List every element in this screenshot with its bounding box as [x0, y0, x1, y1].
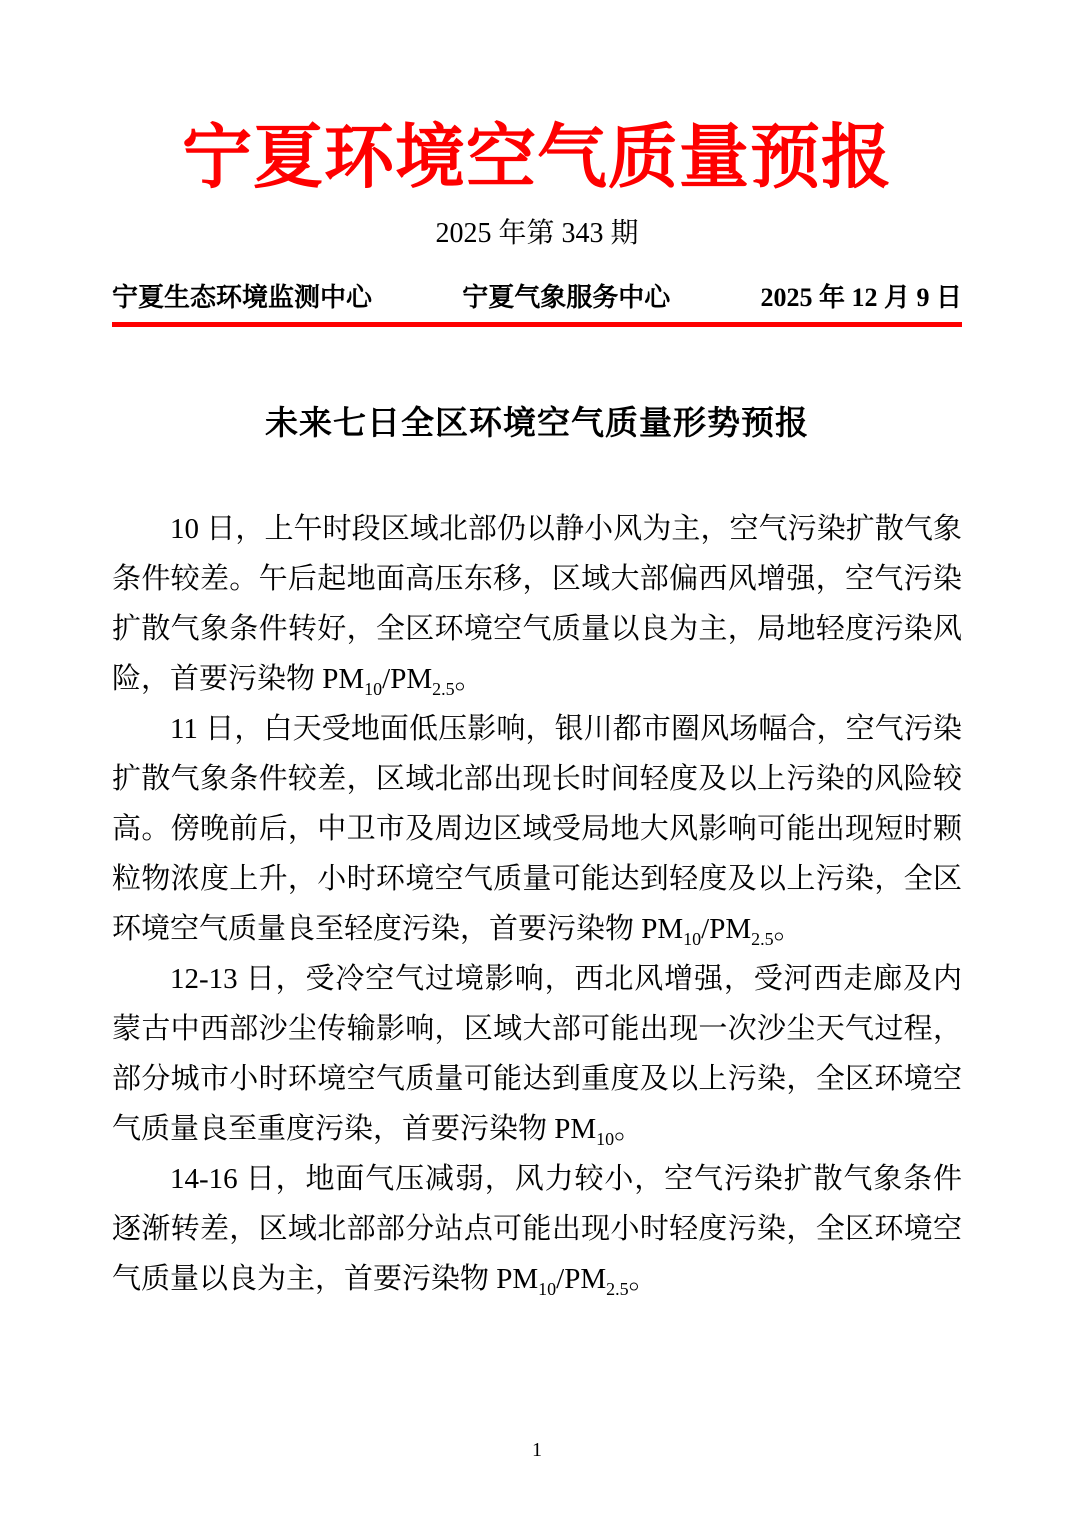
subscript-text: 2.5: [432, 678, 454, 698]
subscript-text: 2.5: [751, 928, 773, 948]
paragraph-text: 10 日，上午时段区域北部仍以静小风为主，空气污染扩散气象条件较差。午后起地面高…: [112, 513, 962, 695]
paragraph-text: 。: [455, 663, 484, 695]
issue-number: 2025 年第 343 期: [112, 217, 962, 251]
publisher-meteorological-center: 宁夏气象服务中心: [462, 277, 670, 314]
paragraph-text: 。: [614, 1113, 643, 1145]
subscript-text: 2.5: [606, 1278, 628, 1298]
paragraph-text: 。: [774, 913, 803, 945]
issue-date: 2025 年 12 月 9 日: [760, 277, 962, 314]
publisher-row: 宁夏生态环境监测中心 宁夏气象服务中心 2025 年 12 月 9 日: [112, 277, 962, 314]
paragraph-text: 11 日，白天受地面低压影响，银川都市圈风场幅合，空气污染扩散气象条件较差，区域…: [112, 713, 962, 945]
section-title: 未来七日全区环境空气质量形势预报: [112, 397, 962, 444]
document-title: 宁夏环境空气质量预报: [112, 120, 962, 197]
publisher-monitoring-center: 宁夏生态环境监测中心: [112, 277, 372, 314]
document-page: 宁夏环境空气质量预报 2025 年第 343 期 宁夏生态环境监测中心 宁夏气象…: [0, 0, 1074, 1520]
subscript-text: 10: [364, 678, 382, 698]
paragraph: 10 日，上午时段区域北部仍以静小风为主，空气污染扩散气象条件较差。午后起地面高…: [112, 504, 962, 704]
subscript-text: 10: [538, 1278, 556, 1298]
paragraph-text: /PM: [701, 913, 751, 945]
paragraph: 12-13 日，受冷空气过境影响，西北风增强，受河西走廊及内蒙古中西部沙尘传输影…: [112, 954, 962, 1154]
paragraph: 14-16 日，地面气压减弱，风力较小，空气污染扩散气象条件逐渐转差，区域北部部…: [112, 1154, 962, 1304]
header-divider-rule: [112, 322, 962, 327]
subscript-text: 10: [683, 928, 701, 948]
paragraph-text: /PM: [556, 1263, 606, 1295]
subscript-text: 10: [596, 1128, 614, 1148]
page-number: 1: [0, 1439, 1074, 1462]
paragraph-text: /PM: [382, 663, 432, 695]
paragraph-text: 14-16 日，地面气压减弱，风力较小，空气污染扩散气象条件逐渐转差，区域北部部…: [112, 1163, 962, 1295]
paragraph: 11 日，白天受地面低压影响，银川都市圈风场幅合，空气污染扩散气象条件较差，区域…: [112, 704, 962, 954]
paragraph-text: 12-13 日，受冷空气过境影响，西北风增强，受河西走廊及内蒙古中西部沙尘传输影…: [112, 963, 962, 1145]
paragraph-text: 。: [629, 1263, 658, 1295]
body-paragraphs: 10 日，上午时段区域北部仍以静小风为主，空气污染扩散气象条件较差。午后起地面高…: [112, 504, 962, 1304]
